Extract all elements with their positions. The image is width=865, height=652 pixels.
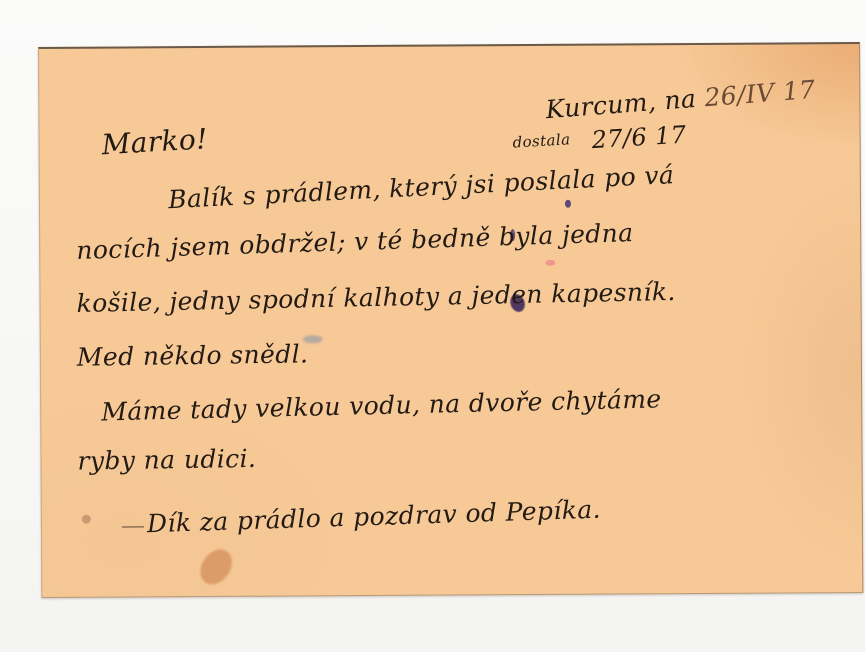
closing-line: Dík za prádlo a pozdrav od Pepíka. <box>147 497 602 537</box>
postcard: Kurcum, na 26/IV 17 dostala 27/6 17 Mark… <box>38 42 863 598</box>
body-line: Med někdo snědl. <box>77 341 309 369</box>
place: Kurcum, na <box>545 84 698 124</box>
received-date: 27/6 17 <box>591 123 687 153</box>
body-line: ryby na udici. <box>77 446 256 474</box>
received-label: dostala <box>512 132 571 150</box>
stain <box>545 260 555 266</box>
body-line: košile, jedny spodní kalhoty a jeden kap… <box>76 279 676 316</box>
body-line: Máme tady velkou vodu, na dvoře chytáme <box>101 386 662 424</box>
date: 26/IV 17 <box>703 75 816 112</box>
closing-dash <box>122 526 144 527</box>
salutation: Marko! <box>101 125 209 159</box>
ink-blot <box>565 200 571 208</box>
place-and-date: Kurcum, na 26/IV 17 <box>545 77 816 122</box>
body-line: Balík s prádlem, který jsi poslala po vá <box>168 162 675 212</box>
stain <box>82 515 91 524</box>
stain <box>194 543 239 590</box>
body-line: nocích jsem obdržel; v té bedně byla jed… <box>76 220 634 263</box>
